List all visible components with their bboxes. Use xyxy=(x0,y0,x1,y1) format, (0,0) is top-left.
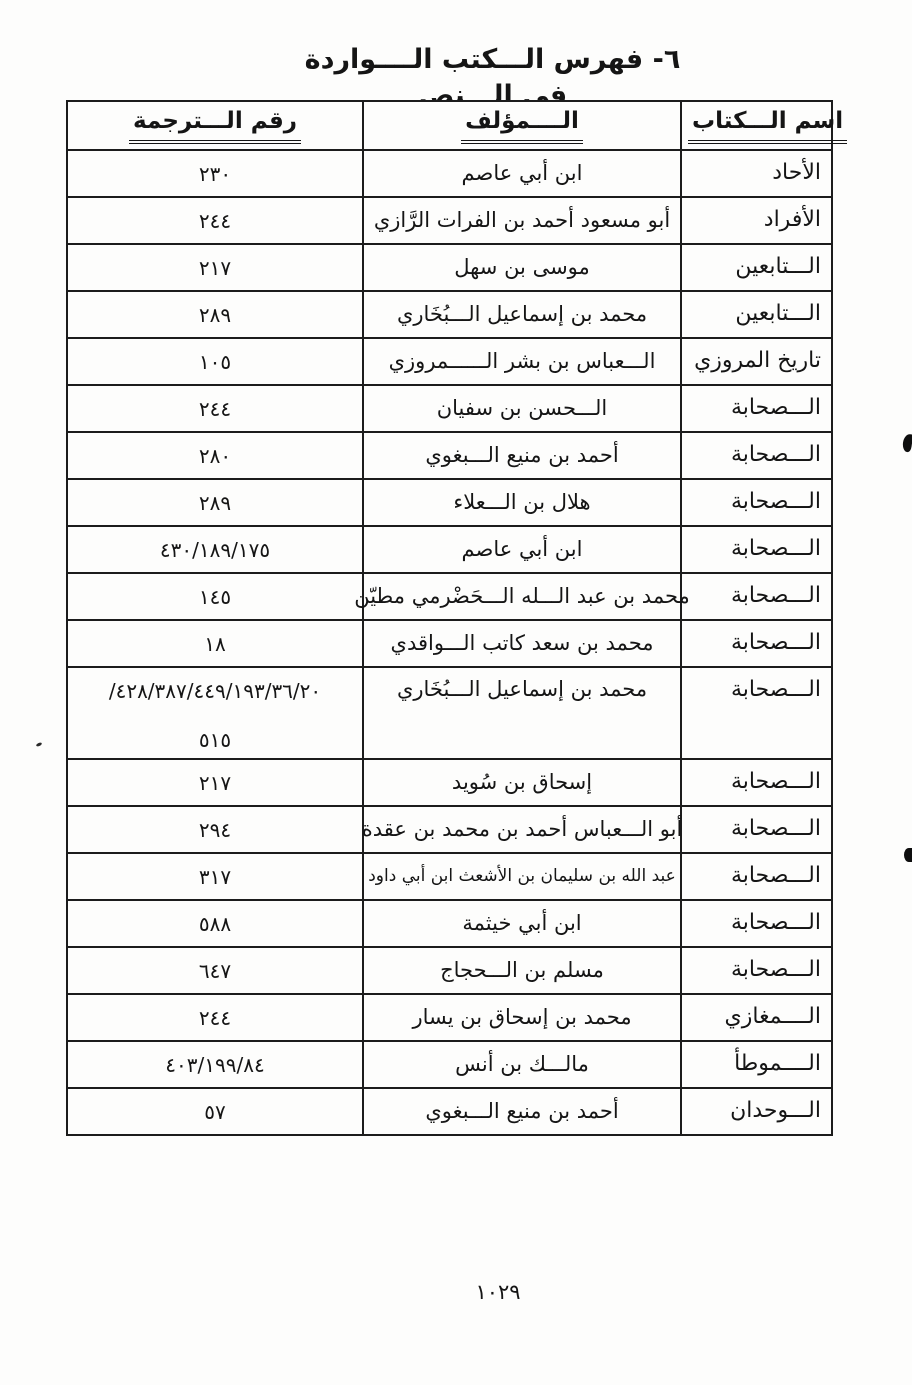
table-row: ٢٩٤أبو الـــعباس أحمد بن محمد بن عقدةالـ… xyxy=(68,805,831,852)
translation-number: ٢٤٤ xyxy=(199,208,231,234)
book-name-cell: الـــتابعين xyxy=(682,292,831,337)
author-cell: موسى بن سهل xyxy=(364,245,682,290)
table-row: ٤٣٠/١٨٩/١٧٥ابن أبي عاصمالـــصحابة xyxy=(68,525,831,572)
book-name-cell: الـــصحابة xyxy=(682,668,831,758)
author-cell: أحمد بن منيع الـــبغوي xyxy=(364,433,682,478)
page-number: ١٠٢٩ xyxy=(42,1280,912,1304)
ink-smudge-right-bottom xyxy=(904,848,912,862)
translation-number: ٣١٧ xyxy=(199,864,231,890)
author-cell: ابن أبي خيثمة xyxy=(364,901,682,946)
translation-number-cell: ٢٩٤ xyxy=(68,807,364,852)
table-row: ٥٧أحمد بن منيع الـــبغويالـــوحدان xyxy=(68,1087,831,1134)
header-book-name: اسم الـــكتاب xyxy=(682,102,853,149)
book-name-cell: الـــصحابة xyxy=(682,807,831,852)
book-name-cell: الـــصحابة xyxy=(682,621,831,666)
translation-number-cell: ٢٤٤ xyxy=(68,386,364,431)
author-cell: مسلم بن الـــحجاج xyxy=(364,948,682,993)
translation-number-cell: ٢٨٩ xyxy=(68,292,364,337)
book-name-cell: الــــمغازي xyxy=(682,995,831,1040)
book-name-cell: الأحاد xyxy=(682,151,831,196)
translation-number: ٢٣٠ xyxy=(199,161,231,187)
table-row: ٤٠٣/١٩٩/٨٤مالـــك بن أنسالــــموطأ xyxy=(68,1040,831,1087)
translation-number-cell: ٢٨٠ xyxy=(68,433,364,478)
translation-number: ٤٣٠/١٨٩/١٧٥ xyxy=(160,537,270,563)
book-name-cell: الـــصحابة xyxy=(682,760,831,805)
table-row: ٢٤٤محمد بن إسحاق بن يسارالــــمغازي xyxy=(68,993,831,1040)
table-row: ٢٨٠أحمد بن منيع الـــبغويالـــصحابة xyxy=(68,431,831,478)
translation-number-cell: ١٨ xyxy=(68,621,364,666)
author-cell: محمد بن إسحاق بن يسار xyxy=(364,995,682,1040)
author-cell: إسحاق بن سُويد xyxy=(364,760,682,805)
translation-number-cell: ٤٣٠/١٨٩/١٧٥ xyxy=(68,527,364,572)
author-cell: الـــحسن بن سفيان xyxy=(364,386,682,431)
table-row: ١٤٥محمد بن عبد الـــله الـــحَضْرمي مطيّ… xyxy=(68,572,831,619)
translation-number: ١٠٥ xyxy=(199,349,231,375)
scanned-page: ٦- فهرس الـــكتب الــــواردة في الـــنص … xyxy=(0,0,912,1385)
translation-number: ٥٧ xyxy=(204,1099,225,1125)
translation-number: ٢٨٠ xyxy=(199,443,231,469)
translation-number: ٢١٧ xyxy=(199,255,231,281)
translation-number-cell: ٢٣٠ xyxy=(68,151,364,196)
table-row: ٢٤٤أبو مسعود أحمد بن الفرات الرَّازيالأف… xyxy=(68,196,831,243)
book-name-cell: الـــصحابة xyxy=(682,433,831,478)
translation-number-cell: ٥٧ xyxy=(68,1089,364,1134)
author-cell: عبد الله بن سليمان بن الأشعث ابن أبي داو… xyxy=(364,854,682,899)
book-name-cell: الـــصحابة xyxy=(682,901,831,946)
author-cell: محمد بن إسماعيل الـــبُخَاري xyxy=(364,292,682,337)
book-name-cell: الـــصحابة xyxy=(682,527,831,572)
author-cell: هلال بن الـــعلاء xyxy=(364,480,682,525)
author-cell: ابن أبي عاصم xyxy=(364,151,682,196)
translation-number-cell: ٢٤٤ xyxy=(68,995,364,1040)
translation-number: ٤٠٣/١٩٩/٨٤ xyxy=(165,1052,264,1078)
table-row: ٦٤٧مسلم بن الـــحجاجالـــصحابة xyxy=(68,946,831,993)
author-cell: أحمد بن منيع الـــبغوي xyxy=(364,1089,682,1134)
table-row: ٢٨٩هلال بن الـــعلاءالـــصحابة xyxy=(68,478,831,525)
translation-number-cell: ٦٤٧ xyxy=(68,948,364,993)
book-name-cell: الأفراد xyxy=(682,198,831,243)
translation-number-cell: ٢٤٤ xyxy=(68,198,364,243)
translation-number: ٥٨٨ xyxy=(199,911,231,937)
translation-number-cell: ٢١٧ xyxy=(68,760,364,805)
author-cell: الـــعباس بن بشر الــــــمروزي xyxy=(364,339,682,384)
author-cell: أبو الـــعباس أحمد بن محمد بن عقدة xyxy=(364,807,682,852)
translation-number: ١٤٥ xyxy=(199,584,231,610)
translation-number-cell: /٤٢٨/٣٨٧/٤٤٩/١٩٣/٣٦/٢٠٥١٥ xyxy=(68,668,364,758)
translation-number: ٢٨٩ xyxy=(199,490,231,516)
table-row: ١٠٥الـــعباس بن بشر الــــــمروزيتاريخ ا… xyxy=(68,337,831,384)
translation-number: ١٨ xyxy=(204,631,225,657)
author-cell: محمد بن إسماعيل الـــبُخَاري xyxy=(364,668,682,758)
book-name-cell: الــــموطأ xyxy=(682,1042,831,1087)
header-translation-number: رقم الـــترجمة xyxy=(68,102,364,149)
table-row: ٢١٧إسحاق بن سُويدالـــصحابة xyxy=(68,758,831,805)
table-header-row: رقم الـــترجمة الــــمؤلف اسم الـــكتاب xyxy=(68,102,831,149)
ink-speck-left xyxy=(36,742,43,747)
table-row: ٢٨٩محمد بن إسماعيل الـــبُخَاريالـــتابع… xyxy=(68,290,831,337)
ink-smudge-right-top xyxy=(902,433,912,452)
header-author: الــــمؤلف xyxy=(364,102,682,149)
table-row: ٢٤٤الـــحسن بن سفيانالـــصحابة xyxy=(68,384,831,431)
translation-number: ٢٤٤ xyxy=(199,1005,231,1031)
translation-number-cell: ١٠٥ xyxy=(68,339,364,384)
book-name-cell: الـــوحدان xyxy=(682,1089,831,1134)
translation-number-cell: ٣١٧ xyxy=(68,854,364,899)
translation-number-cell: ٥٨٨ xyxy=(68,901,364,946)
book-name-cell: الـــصحابة xyxy=(682,948,831,993)
translation-number-cell: ٤٠٣/١٩٩/٨٤ xyxy=(68,1042,364,1087)
book-name-cell: الـــصحابة xyxy=(682,386,831,431)
author-cell: ابن أبي عاصم xyxy=(364,527,682,572)
book-name-cell: الـــصحابة xyxy=(682,574,831,619)
book-name-cell: الـــتابعين xyxy=(682,245,831,290)
translation-number: ٢٩٤ xyxy=(199,817,231,843)
book-name-cell: تاريخ المروزي xyxy=(682,339,831,384)
translation-number-cell: ٢١٧ xyxy=(68,245,364,290)
books-index-table: رقم الـــترجمة الــــمؤلف اسم الـــكتاب … xyxy=(66,100,833,1136)
translation-number: ٢٨٩ xyxy=(199,302,231,328)
book-name-cell: الـــصحابة xyxy=(682,480,831,525)
translation-number-cell: ٢٨٩ xyxy=(68,480,364,525)
translation-number: /٤٢٨/٣٨٧/٤٤٩/١٩٣/٣٦/٢٠ xyxy=(109,678,321,704)
translation-number: ٢٤٤ xyxy=(199,396,231,422)
author-cell: محمد بن عبد الـــله الـــحَضْرمي مطيّن xyxy=(364,574,682,619)
translation-number: ٦٤٧ xyxy=(199,958,231,984)
table-row: ١٨محمد بن سعد كاتب الـــواقديالـــصحابة xyxy=(68,619,831,666)
translation-number: ٢١٧ xyxy=(199,770,231,796)
author-cell: أبو مسعود أحمد بن الفرات الرَّازي xyxy=(364,198,682,243)
author-cell: مالـــك بن أنس xyxy=(364,1042,682,1087)
table-row: ٣١٧عبد الله بن سليمان بن الأشعث ابن أبي … xyxy=(68,852,831,899)
table-row: ٥٨٨ابن أبي خيثمةالـــصحابة xyxy=(68,899,831,946)
translation-number-cell: ١٤٥ xyxy=(68,574,364,619)
author-cell: محمد بن سعد كاتب الـــواقدي xyxy=(364,621,682,666)
translation-number-continued: ٥١٥ xyxy=(199,727,231,753)
book-name-cell: الـــصحابة xyxy=(682,854,831,899)
table-row: /٤٢٨/٣٨٧/٤٤٩/١٩٣/٣٦/٢٠٥١٥محمد بن إسماعيل… xyxy=(68,666,831,758)
table-row: ٢٣٠ابن أبي عاصمالأحاد xyxy=(68,149,831,196)
table-row: ٢١٧موسى بن سهلالـــتابعين xyxy=(68,243,831,290)
